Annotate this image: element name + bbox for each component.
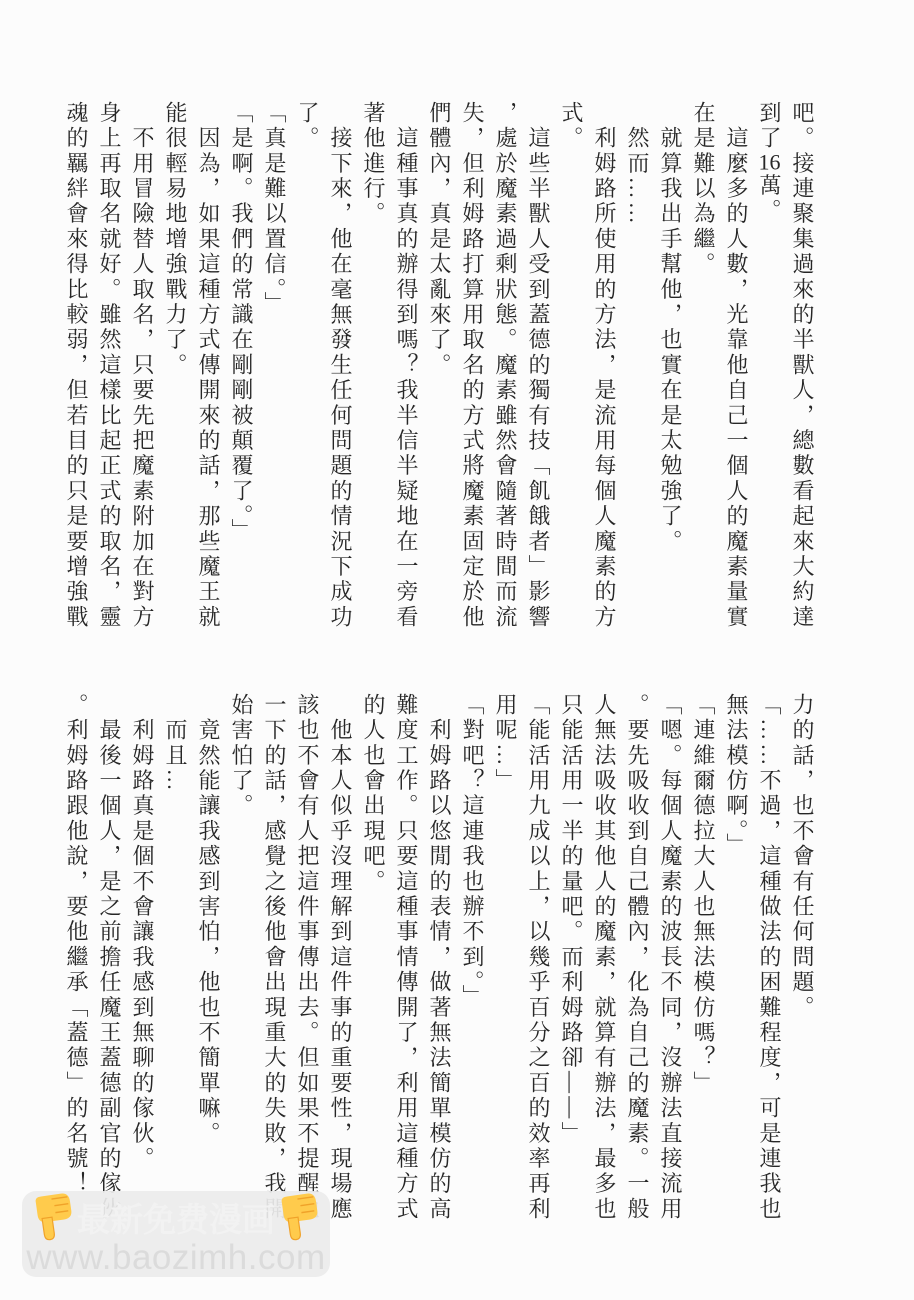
- pointing-down-emoji-left: [32, 1193, 74, 1241]
- paragraph: 最後一個人，是之前擔任魔王蓋德副官的傢伙。利姆路跟他說，要他繼承「蓋德」的名號！: [60, 693, 126, 1229]
- watermark-line1: 最新免费漫画: [22, 1191, 330, 1241]
- paragraph: 「真是難以置信。」: [258, 101, 291, 637]
- paragraph: 這麼多的人數，光靠他自己一個人的魔素量實在是難以為繼。: [687, 101, 753, 637]
- paragraph: 「對吧？這連我也辦不到。」: [456, 693, 489, 1229]
- watermark-title: 最新免费漫画: [77, 1194, 275, 1241]
- text-block-bottom: 力的話，也不會有任何問題。「……不過，這種做法的困難程度，可是連我也無法模仿啊。…: [60, 693, 819, 1229]
- paragraph: 而且…: [159, 693, 192, 1229]
- paragraph: 利姆路以悠閒的表情，做著無法簡單模仿的高難度工作。只要這種事情傳開了，利用這種方…: [357, 693, 456, 1229]
- paragraph: 利姆路真是個不會讓我感到無聊的傢伙。: [126, 693, 159, 1229]
- paragraph: 「嗯。每個人魔素的波長不同，沒辦法直接流用。要先吸收到自己體內，化為自己的魔素。…: [555, 693, 687, 1229]
- paragraph: 他本人似乎沒理解到這件事的重要性，現場應該也不會有人把這件事傳出去。但如果不提醒…: [225, 693, 357, 1229]
- paragraph: 「連維爾德拉大人也無法模仿嗎？」: [687, 693, 720, 1229]
- paragraph: 然而……: [621, 101, 654, 637]
- pointing-down-emoji-right: [278, 1193, 320, 1241]
- paragraph: 「是啊。我們的常識在剛剛被顛覆了。」: [225, 101, 258, 637]
- paragraph: 吧。接連聚集過來的半獸人，總數看起來大約達到了16萬。: [753, 101, 819, 637]
- paragraph: 「……不過，這種做法的困難程度，可是連我也無法模仿啊。」: [720, 693, 786, 1229]
- paragraph: 因為，如果這種方式傳開來的話，那些魔王就能很輕易地增強戰力了。: [159, 101, 225, 637]
- paragraph: 接下來，他在毫無發生任何問題的情況下成功了。: [291, 101, 357, 637]
- text-block-top: 吧。接連聚集過來的半獸人，總數看起來大約達到了16萬。 這麼多的人數，光靠他自己…: [60, 101, 819, 637]
- watermark: 最新免费漫画 www.baozimh.com: [22, 1191, 330, 1277]
- paragraph: 這些半獸人受到蓋德的獨有技「飢餓者」影響，處於魔素過剩狀態。魔素雖然會隨著時間而…: [423, 101, 555, 637]
- watermark-url: www.baozimh.com: [22, 1241, 330, 1275]
- paragraph: 利姆路所使用的方法，是流用每個人魔素的方式。: [555, 101, 621, 637]
- paragraph: 不用冒險替人取名，只要先把魔素附加在對方身上再取名就好。雖然這樣比起正式的取名，…: [60, 101, 159, 637]
- paragraph: 這種事真的辦得到嗎？我半信半疑地在一旁看著他進行。: [357, 101, 423, 637]
- paragraph: 就算我出手幫他，也實在是太勉強了。: [654, 101, 687, 637]
- paragraph: 「能活用九成以上，以幾乎百分之百的效率再利用呢…」: [489, 693, 555, 1229]
- paragraph: 力的話，也不會有任何問題。: [786, 693, 819, 1229]
- paragraph: 竟然能讓我感到害怕，他也不簡單嘛。: [192, 693, 225, 1229]
- novel-page: 吧。接連聚集過來的半獸人，總數看起來大約達到了16萬。 這麼多的人數，光靠他自己…: [0, 0, 914, 1300]
